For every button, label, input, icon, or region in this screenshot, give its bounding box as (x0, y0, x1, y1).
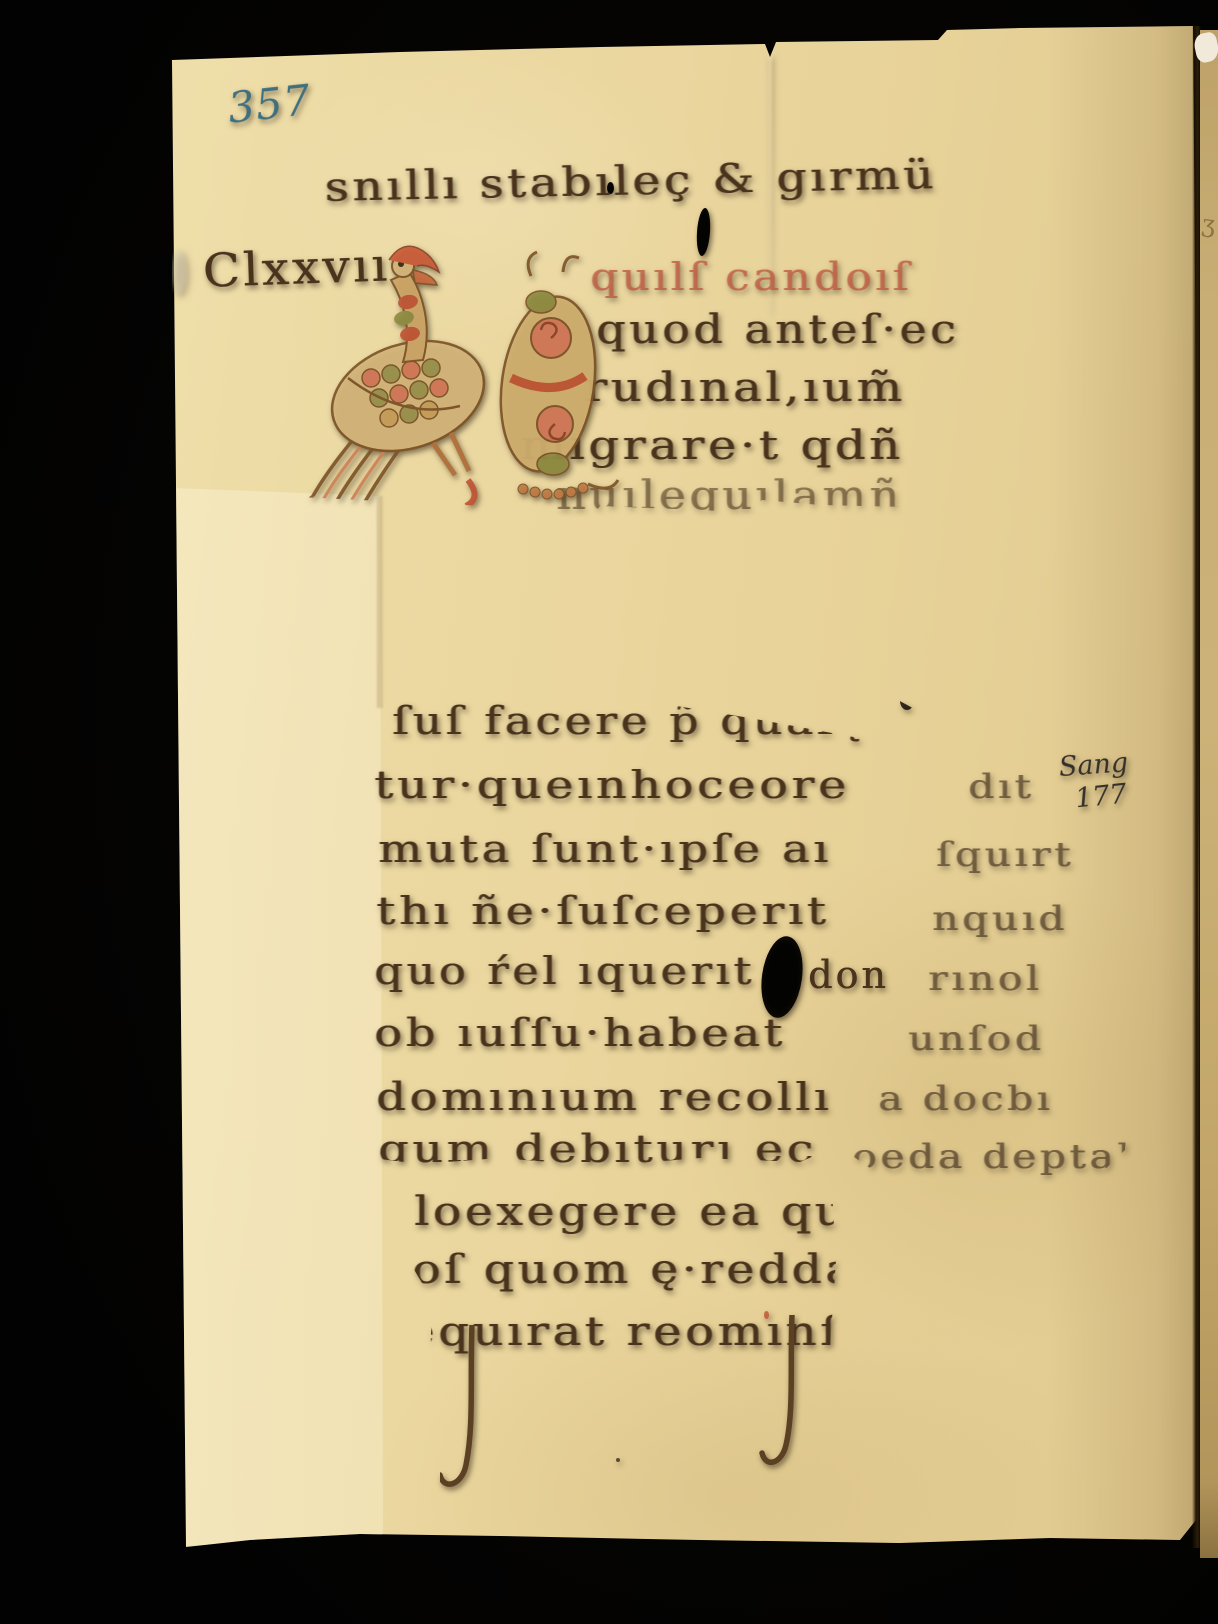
shelfmark-note-line2: 177 (1074, 781, 1128, 813)
script-line: thı ñe·ſuſceperıt (376, 892, 829, 930)
script-line: domınıum recollı (376, 1078, 832, 1116)
zoomorphic-bird-initial-illustration (283, 228, 653, 528)
worn-spot (172, 250, 187, 294)
script-line: muta ſunt·ıpſe aı (378, 830, 832, 868)
descender-stroke (440, 1325, 510, 1510)
script-line: oeda deptab (852, 1140, 1147, 1174)
show-through-mark: ʒ (1200, 209, 1217, 239)
script-line: a docbı (878, 1082, 1053, 1116)
underlying-page-edges: ʒ (1200, 30, 1218, 1558)
script-line: rınol (928, 962, 1042, 996)
script-line: unſod (908, 1022, 1044, 1056)
ink-dot (616, 1458, 620, 1462)
script-line: oſ quom ę·reddat (412, 1250, 879, 1290)
script-line: dıt (968, 770, 1034, 804)
script-line: don (808, 956, 889, 994)
script-line: snıllı stabıleç & gırmü (324, 155, 937, 208)
page-number: 357 (226, 79, 313, 129)
manuscript-photo: 357 snıllı stabıleç & gırmü Clxxvıı quıl… (0, 0, 1218, 1624)
shelfmark-note-line1: Sang (1058, 749, 1129, 781)
script-line: tur·queınhoceore (374, 766, 850, 804)
descender-stroke (758, 1315, 828, 1485)
script-line: loexegere ea quı (414, 1192, 867, 1232)
script-line: ob ıuſſu·habeat (374, 1014, 786, 1052)
script-line: quo ŕel ıquerıt (374, 952, 755, 990)
red-speck (764, 1311, 769, 1319)
script-line: nquıd (932, 902, 1068, 936)
script-line: ſquırt (936, 838, 1074, 872)
